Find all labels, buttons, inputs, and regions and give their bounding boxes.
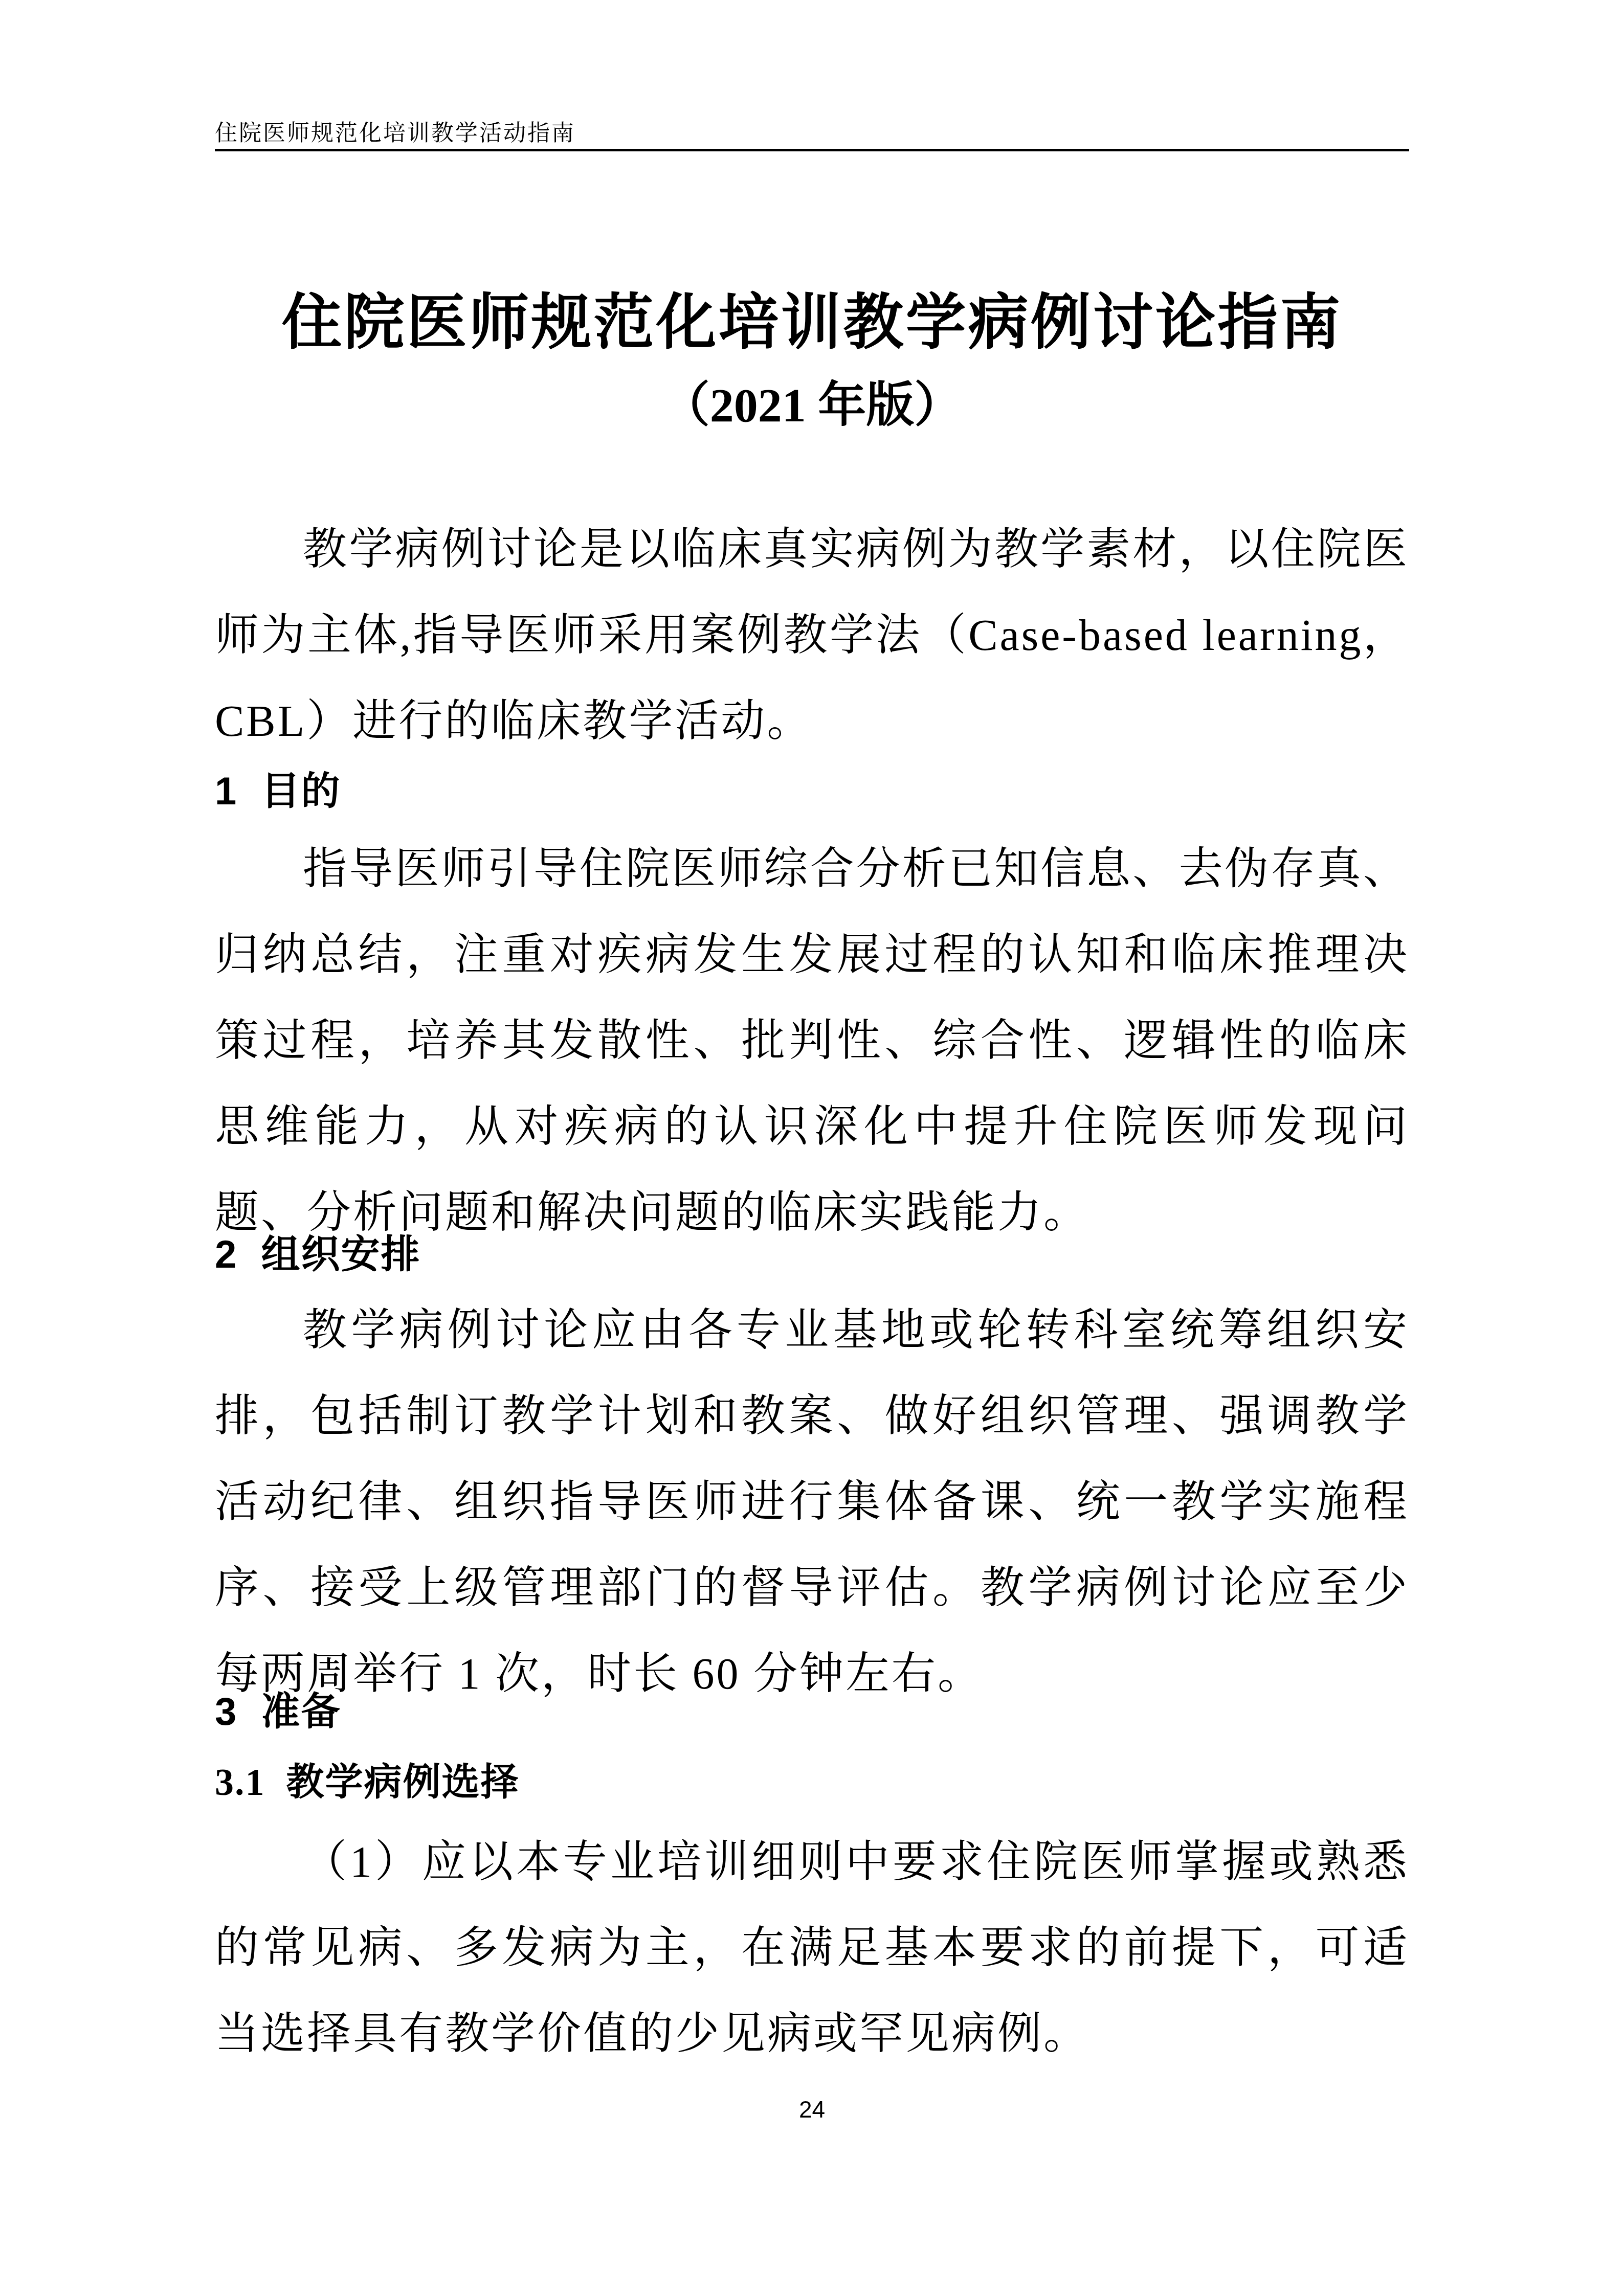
section-2-paragraph: 教学病例讨论应由各专业基地或轮转科室统筹组织安排，包括制订教学计划和教案、做好组… [215,1287,1409,1717]
section-3-1-paragraph: （1）应以本专业培训细则中要求住院医师掌握或熟悉的常见病、多发病为主，在满足基本… [215,1819,1409,2077]
document-subtitle: （2021 年版） [0,366,1624,435]
section-3-heading: 3 准备 [215,1683,341,1741]
page-number: 24 [0,2096,1624,2123]
intro-paragraph: 教学病例讨论是以临床真实病例为教学素材，以住院医师为主体,指导医师采用案例教学法… [215,506,1409,764]
section-3-1-heading: 3.1 教学病例选择 [215,1755,520,1810]
header-rule [215,149,1409,151]
document-page: 住院医师规范化培训教学活动指南 住院医师规范化培训教学病例讨论指南 （2021 … [0,0,1624,2296]
document-title: 住院医师规范化培训教学病例讨论指南 [0,274,1624,361]
section-1-paragraph: 指导医师引导住院医师综合分析已知信息、去伪存真、归纳总结，注重对疾病发生发展过程… [215,826,1409,1255]
section-2-heading: 2 组织安排 [215,1226,421,1284]
page-header-title: 住院医师规范化培训教学活动指南 [215,115,575,147]
section-1-heading: 1 目的 [215,763,341,820]
